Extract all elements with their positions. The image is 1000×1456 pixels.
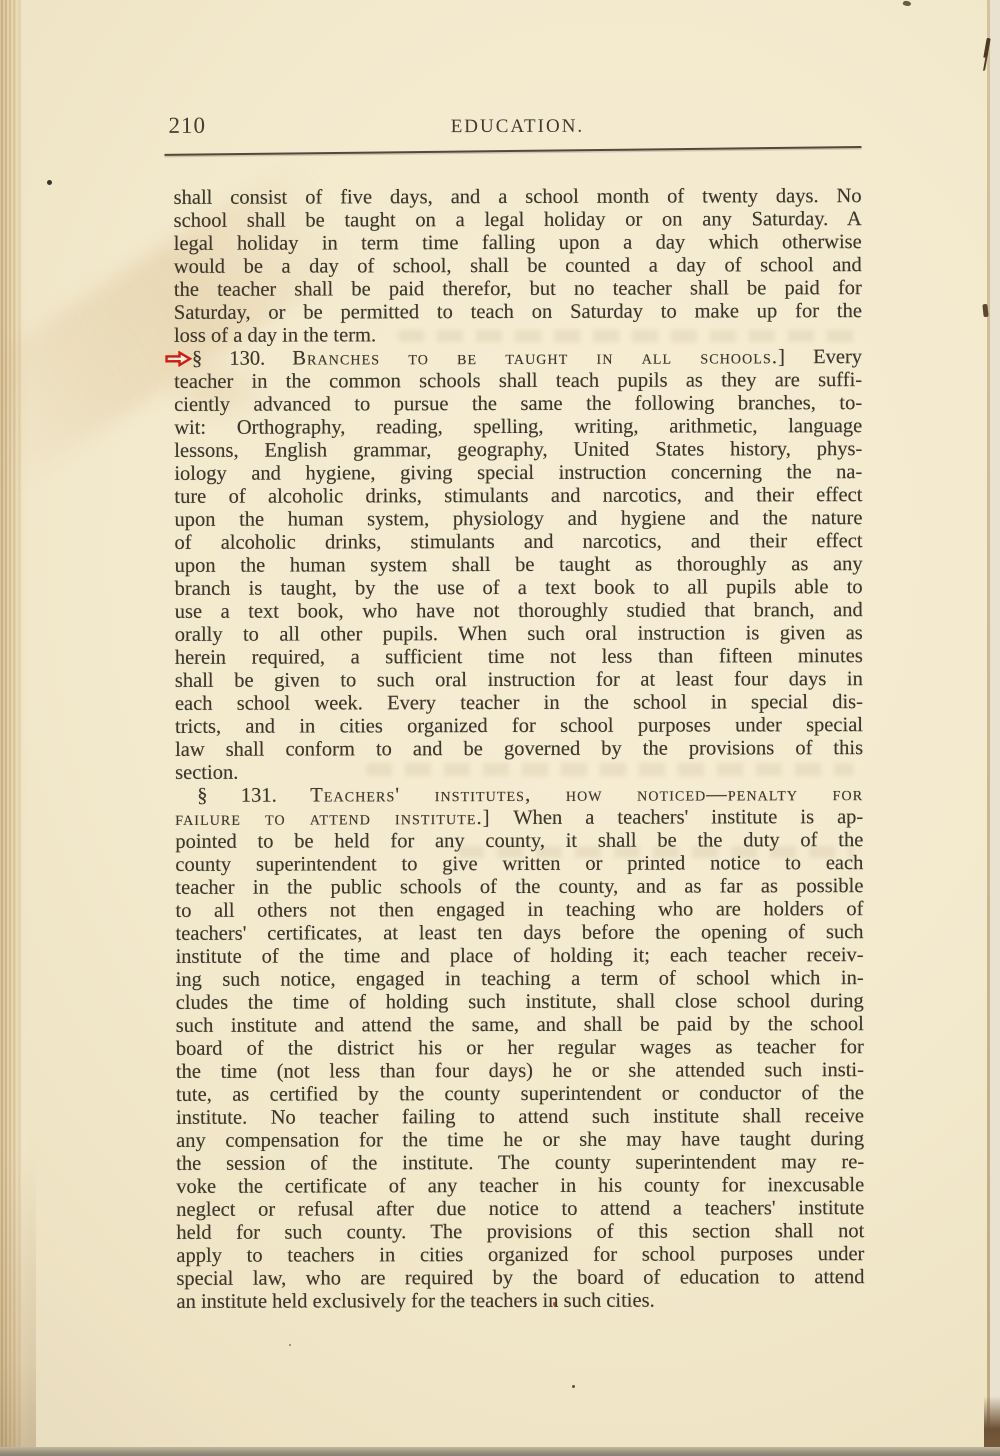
page-content: 210 EDUCATION. shall consist of five day…: [0, 0, 1000, 1456]
text-line: ciently advanced to pursue the same the …: [174, 392, 862, 417]
text-line: county superintendent to give written or…: [175, 852, 863, 877]
text-line: ing such notice, engaged in teaching a t…: [176, 967, 864, 992]
running-header: EDUCATION.: [173, 115, 861, 139]
text-line: iology and hygiene, giving special instr…: [174, 461, 862, 486]
text-line: would be a day of school, shall be count…: [174, 254, 862, 279]
text-line: § 131. Teachers' institutes, how noticed…: [175, 783, 863, 808]
section-text: Every: [786, 346, 862, 368]
text-line: institute of the time and place of holdi…: [176, 944, 864, 969]
text-line: loss of a day in the term.: [174, 323, 862, 348]
text-line: lessons, English grammar, geography, Uni…: [174, 438, 862, 463]
section-text: When a teachers' institute is ap-: [491, 806, 864, 829]
text-line: upon the human system, physiology and hy…: [174, 507, 862, 532]
text-line: legal holiday in term time falling upon …: [174, 231, 862, 256]
text-line: orally to all other pupils. When such or…: [175, 622, 863, 647]
section-heading-smallcaps: Teachers' institutes, how noticed—penalt…: [310, 783, 863, 806]
text-line: herein required, a sufficient time not l…: [175, 645, 863, 670]
text-line: apply to teachers in cities organized fo…: [176, 1243, 864, 1268]
text-line: cludes the time of holding such institut…: [176, 990, 864, 1015]
text-line: tute, as certified by the county superin…: [176, 1082, 864, 1107]
text-line: ture of alcoholic drinks, stimulants and…: [174, 484, 862, 509]
text-line: the time (not less than four days) he or…: [176, 1059, 864, 1084]
text-line: board of the district his or her regular…: [176, 1036, 864, 1061]
text-line: teachers' certificates, at least ten day…: [176, 921, 864, 946]
text-block: shall consist of five days, and a school…: [174, 185, 865, 1314]
text-line: such institute and attend the same, and …: [176, 1013, 864, 1038]
text-line: use a text book, who have not thoroughly…: [175, 599, 863, 624]
text-line: school shall be taught on a legal holida…: [174, 208, 862, 233]
header-rule: [164, 146, 861, 156]
text-line: the session of the institute. The county…: [176, 1151, 864, 1176]
text-line: held for such county. The provisions of …: [176, 1220, 864, 1245]
text-line: an institute held exclusively for the te…: [176, 1289, 864, 1314]
text-line: teacher in the common schools shall teac…: [174, 369, 862, 394]
text-line: shall be given to such oral instruction …: [175, 668, 863, 693]
section-heading-smallcaps: failure to attend institute.]: [175, 807, 490, 830]
text-line: neglect or refusal after due notice to a…: [176, 1197, 864, 1222]
text-line: institute. No teacher failing to attend …: [176, 1105, 864, 1130]
scanned-book-page: 210 EDUCATION. shall consist of five day…: [0, 0, 1000, 1456]
text-line: tricts, and in cities organized for scho…: [175, 714, 863, 739]
text-line: to all others not then engaged in teachi…: [175, 898, 863, 923]
text-line: special law, who are required by the boa…: [176, 1266, 864, 1291]
text-line: upon the human system shall be taught as…: [175, 553, 863, 578]
section-text: § 131.: [197, 784, 310, 806]
section-heading-smallcaps: Branches to be taught in all schools.]: [292, 346, 786, 369]
text-line: shall consist of five days, and a school…: [174, 185, 862, 210]
text-line: the teacher shall be paid therefor, but …: [174, 277, 862, 302]
text-line: law shall conform to and be governed by …: [175, 737, 863, 762]
section-text: § 130.: [192, 348, 292, 370]
text-line: wit: Orthography, reading, spelling, wri…: [174, 415, 862, 440]
text-line: Saturday, or be permitted to teach on Sa…: [174, 300, 862, 325]
text-line: pointed to be held for any county, it sh…: [175, 829, 863, 854]
text-line: branch is taught, by the use of a text b…: [175, 576, 863, 601]
text-line: any compensation for the time he or she …: [176, 1128, 864, 1153]
text-line: § 130. Branches to be taught in all scho…: [174, 346, 862, 371]
text-line: teacher in the public schools of the cou…: [175, 875, 863, 900]
text-line: voke the certificate of any teacher in h…: [176, 1174, 864, 1199]
text-line: of alcoholic drinks, stimulants and narc…: [174, 530, 862, 555]
text-line: section.: [175, 760, 863, 785]
text-line: each school week. Every teacher in the s…: [175, 691, 863, 716]
text-line: failure to attend institute.] When a tea…: [175, 806, 863, 831]
